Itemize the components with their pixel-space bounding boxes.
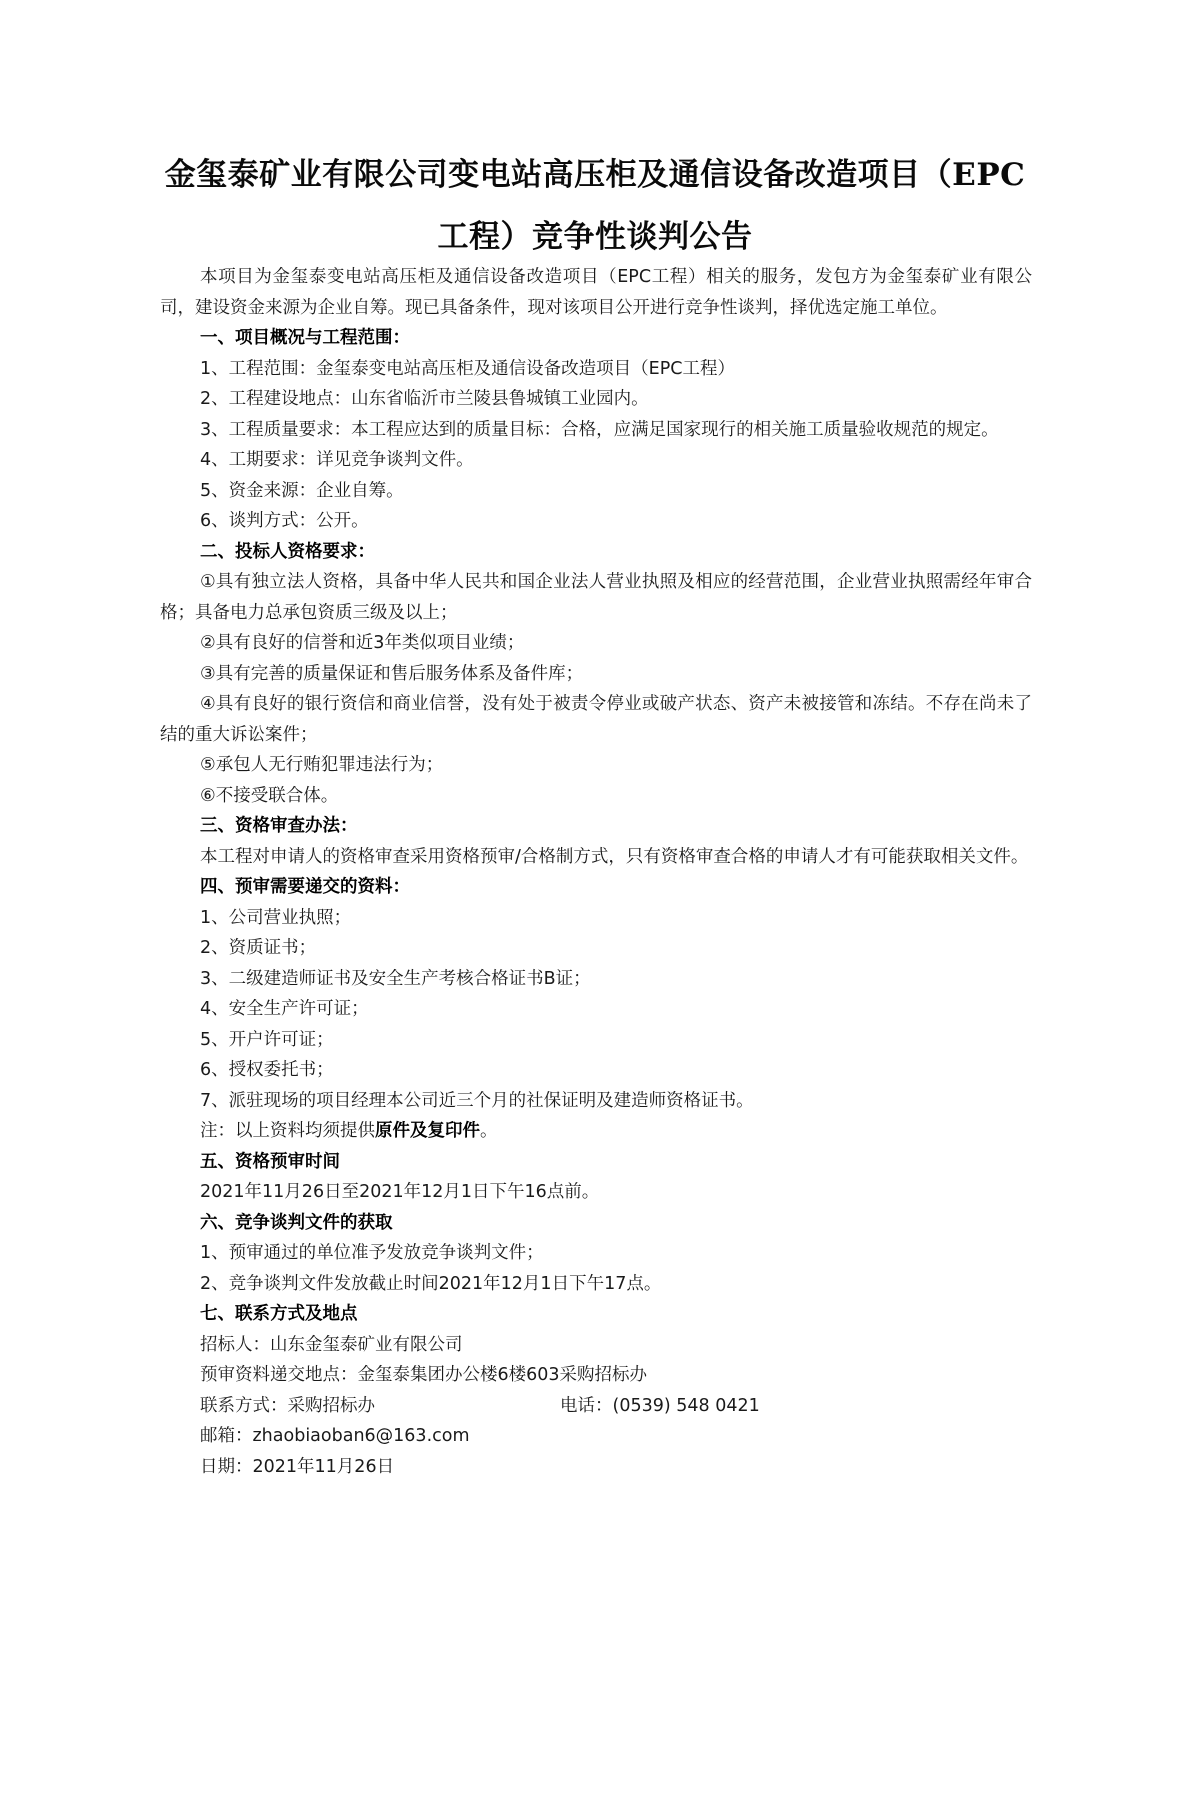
list-item: 1、公司营业执照； (160, 903, 1032, 934)
section-heading-2: 二、投标人资格要求： (160, 537, 1032, 568)
list-item: 6、谈判方式：公开。 (160, 506, 1032, 537)
section-text: 本工程对申请人的资格审查采用资格预审/合格制方式，只有资格审查合格的申请人才有可… (160, 842, 1032, 873)
list-item: 7、派驻现场的项目经理本公司近三个月的社保证明及建造师资格证书。 (160, 1086, 1032, 1117)
date: 日期：2021年11月26日 (160, 1452, 1032, 1483)
email: 邮箱：zhaobiaoban6@163.com (160, 1421, 1032, 1452)
section-heading-5: 五、资格预审时间 (160, 1147, 1032, 1178)
contact-row: 联系方式：采购招标办 电话：(0539) 548 0421 (160, 1391, 1032, 1422)
note-prefix: 注：以上资料均须提供 (200, 1121, 375, 1141)
phone: 电话：(0539) 548 0421 (560, 1391, 760, 1422)
section-heading-4: 四、预审需要递交的资料： (160, 872, 1032, 903)
list-item: 1、预审通过的单位准予发放竞争谈判文件； (160, 1238, 1032, 1269)
contact-method: 联系方式：采购招标办 (200, 1391, 560, 1422)
list-item: 4、安全生产许可证； (160, 994, 1032, 1025)
list-item: ④具有良好的银行资信和商业信誉，没有处于被责令停业或破产状态、资产未被接管和冻结… (160, 689, 1032, 750)
list-item: 2、工程建设地点：山东省临沂市兰陵县鲁城镇工业园内。 (160, 384, 1032, 415)
list-item: 6、授权委托书； (160, 1055, 1032, 1086)
list-item: 2、竞争谈判文件发放截止时间2021年12月1日下午17点。 (160, 1269, 1032, 1300)
intro-paragraph: 本项目为金玺泰变电站高压柜及通信设备改造项目（EPC工程）相关的服务，发包方为金… (160, 262, 1032, 323)
list-item: ①具有独立法人资格，具备中华人民共和国企业法人营业执照及相应的经营范围，企业营业… (160, 567, 1032, 628)
list-item: 1、工程范围：金玺泰变电站高压柜及通信设备改造项目（EPC工程） (160, 354, 1032, 385)
list-item: 3、二级建造师证书及安全生产考核合格证书B证； (160, 964, 1032, 995)
section-heading-6: 六、竞争谈判文件的获取 (160, 1208, 1032, 1239)
list-item: ③具有完善的质量保证和售后服务体系及备件库； (160, 659, 1032, 690)
tenderer: 招标人：山东金玺泰矿业有限公司 (160, 1330, 1032, 1361)
list-item: ②具有良好的信誉和近3年类似项目业绩； (160, 628, 1032, 659)
document-title-line-2: 工程）竞争性谈判公告 (150, 217, 1040, 257)
document-page: 金玺泰矿业有限公司变电站高压柜及通信设备改造项目（EPC 工程）竞争性谈判公告 … (0, 0, 1190, 1814)
note-suffix: 。 (480, 1121, 498, 1141)
list-item: 5、资金来源：企业自筹。 (160, 476, 1032, 507)
list-item: ⑤承包人无行贿犯罪违法行为； (160, 750, 1032, 781)
list-item: 5、开户许可证； (160, 1025, 1032, 1056)
document-title-line-1: 金玺泰矿业有限公司变电站高压柜及通信设备改造项目（EPC (150, 155, 1040, 195)
note-emphasis: 原件及复印件 (375, 1121, 480, 1141)
list-item: 3、工程质量要求：本工程应达到的质量目标：合格，应满足国家现行的相关施工质量验收… (160, 415, 1032, 446)
section-heading-7: 七、联系方式及地点 (160, 1299, 1032, 1330)
list-item: ⑥不接受联合体。 (160, 781, 1032, 812)
section-heading-3: 三、资格审查办法： (160, 811, 1032, 842)
list-item: 4、工期要求：详见竞争谈判文件。 (160, 445, 1032, 476)
list-item: 2、资质证书； (160, 933, 1032, 964)
section-heading-1: 一、项目概况与工程范围： (160, 323, 1032, 354)
note: 注：以上资料均须提供原件及复印件。 (160, 1116, 1032, 1147)
section-text: 2021年11月26日至2021年12月1日下午16点前。 (160, 1177, 1032, 1208)
document-body: 本项目为金玺泰变电站高压柜及通信设备改造项目（EPC工程）相关的服务，发包方为金… (160, 262, 1032, 1482)
submit-location: 预审资料递交地点：金玺泰集团办公楼6楼603采购招标办 (160, 1360, 1032, 1391)
